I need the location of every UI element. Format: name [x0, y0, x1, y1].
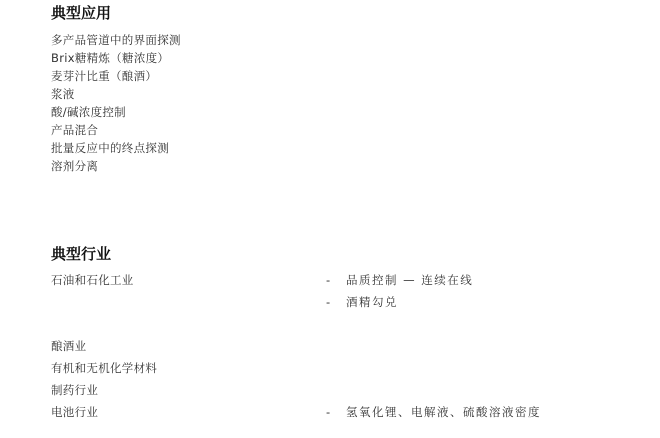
industry-item-brewing: 酿酒业: [51, 338, 86, 354]
industry-detail: -氢氧化锂、电解液、硫酸溶液密度: [326, 404, 541, 420]
industry-item-chemicals: 有机和无机化学材料: [51, 360, 157, 376]
application-item: 多产品管道中的界面探测: [51, 32, 181, 48]
application-item: 批量反应中的终点探测: [51, 140, 169, 156]
industry-detail: -品质控制 — 连续在线: [326, 272, 473, 288]
bullet-dash: -: [326, 273, 346, 287]
industry-item-pharma: 制药行业: [51, 382, 98, 398]
application-item: 浆液: [51, 86, 75, 102]
application-item: 酸/碱浓度控制: [51, 104, 126, 120]
industry-item-battery: 电池行业: [51, 404, 98, 420]
section-title-applications: 典型应用: [51, 2, 111, 23]
application-item: 产品混合: [51, 122, 98, 138]
application-item: 溶剂分离: [51, 158, 98, 174]
section-title-industries: 典型行业: [51, 243, 111, 264]
bullet-dash: -: [326, 405, 346, 419]
industry-item-petrochemical: 石油和石化工业: [51, 272, 134, 288]
application-item: 麦芽汁比重（酿酒）: [51, 68, 157, 84]
application-item: Brix糖精炼（糖浓度）: [51, 50, 169, 66]
industry-detail: -酒精勾兑: [326, 294, 398, 310]
bullet-dash: -: [326, 295, 346, 309]
